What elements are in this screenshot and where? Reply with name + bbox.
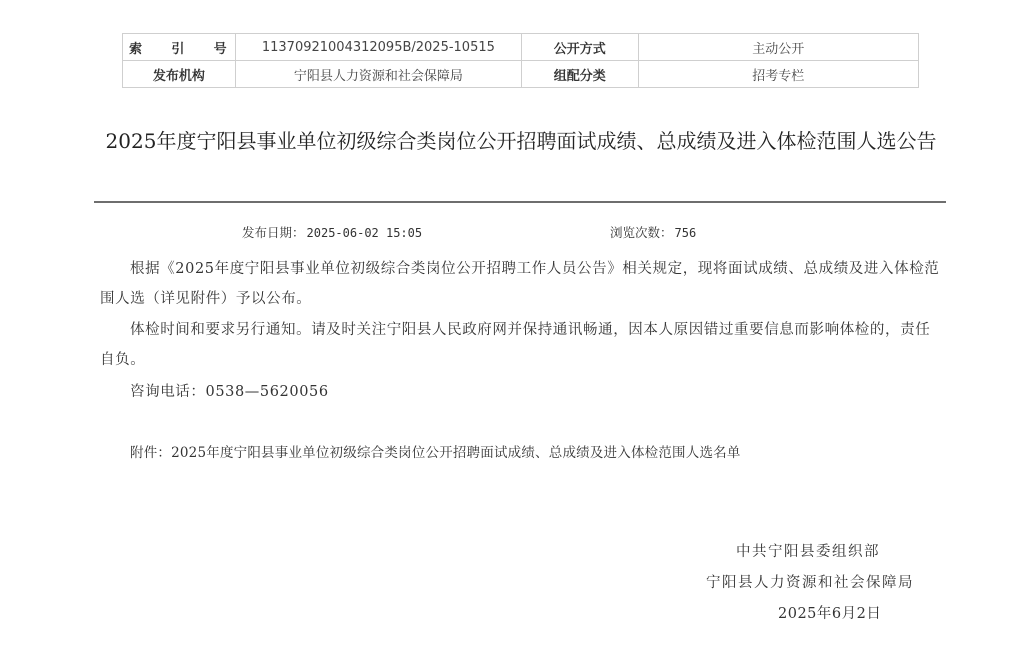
publisher-label: 发布机构 xyxy=(123,61,236,88)
index-label: 索 引 号 xyxy=(123,34,236,61)
category-label: 组配分类 xyxy=(522,61,638,88)
metadata-table: 索 引 号 11370921004312095B/2025-10515 公开方式… xyxy=(122,33,919,88)
publish-date: 发布日期：2025-06-02 15:05 xyxy=(242,223,422,241)
publicity-label: 公开方式 xyxy=(522,34,638,61)
metadata-row: 发布机构 宁阳县人力资源和社会保障局 组配分类 招考专栏 xyxy=(123,61,919,88)
attachment-link[interactable]: 附件：2025年度宁阳县事业单位初级综合类岗位公开招聘面试成绩、总成绩及进入体检… xyxy=(130,441,741,461)
index-label-char: 引 xyxy=(171,38,184,57)
article-paragraph: 根据《2025年度宁阳县事业单位初级综合类岗位公开招聘工作人员公告》相关规定，现… xyxy=(100,254,940,314)
article-paragraph: 体检时间和要求另行通知。请及时关注宁阳县人民政府网并保持通讯畅通，因本人原因错过… xyxy=(100,315,940,375)
publish-date-value: 2025-06-02 15:05 xyxy=(307,226,423,240)
view-count-label: 浏览次数： xyxy=(610,225,673,240)
signature-org-1: 中共宁阳县委组织部 xyxy=(736,540,880,561)
index-value: 11370921004312095B/2025-10515 xyxy=(235,34,521,61)
view-count-value: 756 xyxy=(675,226,697,240)
index-label-char: 索 xyxy=(129,38,142,57)
article-title: 2025年度宁阳县事业单位初级综合类岗位公开招聘面试成绩、总成绩及进入体检范围人… xyxy=(92,126,950,156)
signature-date: 2025年6月2日 xyxy=(778,602,881,623)
article-paragraph: 咨询电话：0538—5620056 xyxy=(100,377,940,407)
title-divider xyxy=(94,201,946,203)
publish-date-label: 发布日期： xyxy=(242,225,305,240)
signature-org-2: 宁阳县人力资源和社会保障局 xyxy=(706,571,914,592)
metadata-row: 索 引 号 11370921004312095B/2025-10515 公开方式… xyxy=(123,34,919,61)
paragraph-text: 根据《2025年度宁阳县事业单位初级综合类岗位公开招聘工作人员公告》相关规定，现… xyxy=(100,254,940,314)
index-label-char: 号 xyxy=(214,38,227,57)
category-value: 招考专栏 xyxy=(638,61,918,88)
view-count: 浏览次数：756 xyxy=(610,223,696,241)
paragraph-text: 体检时间和要求另行通知。请及时关注宁阳县人民政府网并保持通讯畅通，因本人原因错过… xyxy=(100,315,940,375)
contact-phone: 咨询电话：0538—5620056 xyxy=(100,377,940,407)
publisher-value: 宁阳县人力资源和社会保障局 xyxy=(235,61,521,88)
publicity-value: 主动公开 xyxy=(638,34,918,61)
